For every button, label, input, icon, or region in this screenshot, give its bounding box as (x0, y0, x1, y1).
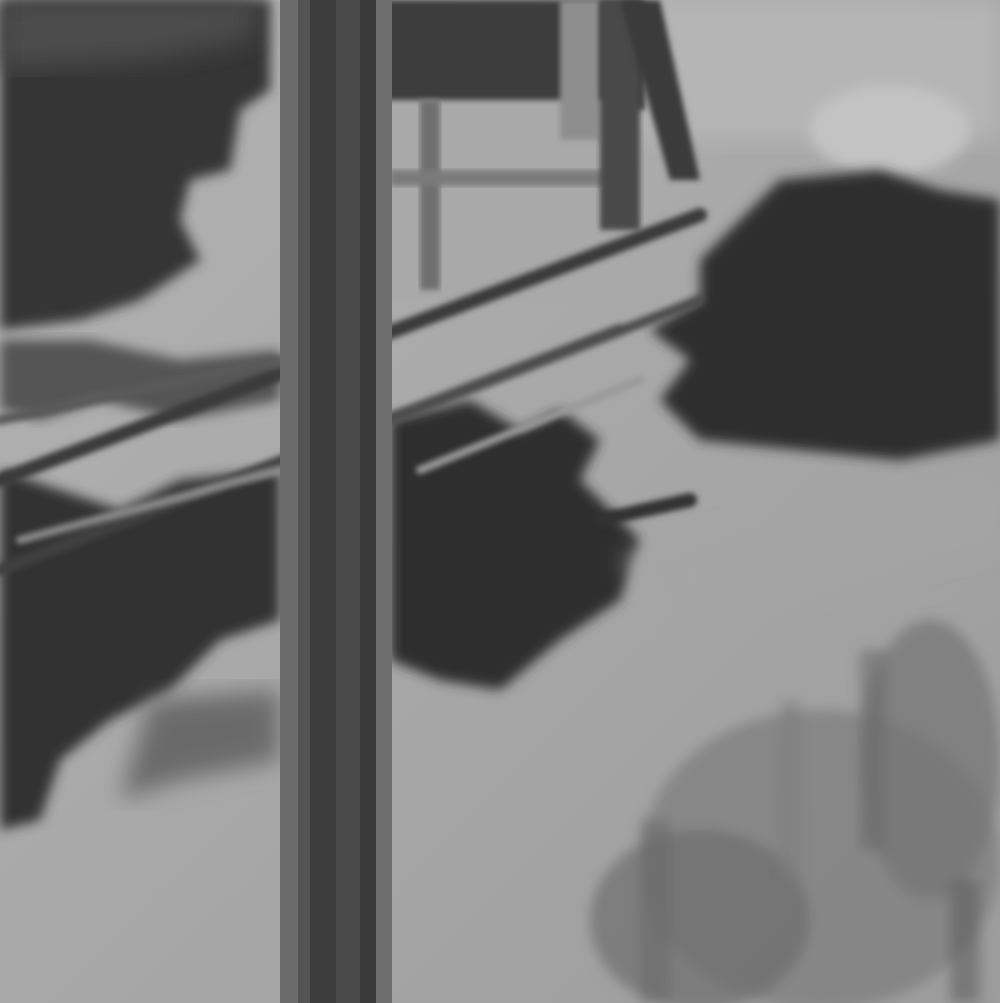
photo-scene (0, 0, 1000, 1003)
photo-canvas (0, 0, 1000, 1003)
vertical-pole (280, 0, 392, 1003)
